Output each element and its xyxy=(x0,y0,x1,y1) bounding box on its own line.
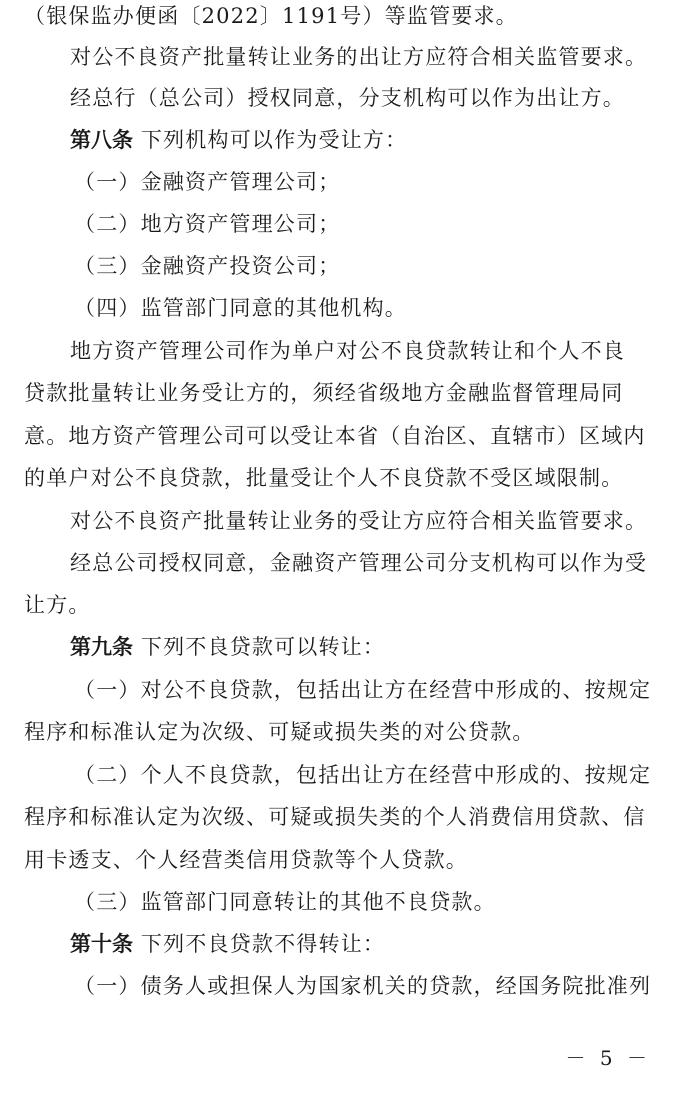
text-line: 对公不良资产批量转让业务的出让方应符合相关监管要求。 xyxy=(70,43,647,71)
text-line: （银保监办便函〔2022〕1191号）等监管要求。 xyxy=(24,2,518,30)
list-item: （一）债务人或担保人为国家机关的贷款，经国务院批准列 xyxy=(74,972,651,1000)
text-line: 意。地方资产管理公司可以受让本省（自治区、直辖市）区域内 xyxy=(24,422,646,450)
text-line: 经总公司授权同意，金融资产管理公司分支机构可以作为受 xyxy=(70,549,647,577)
list-item: （三）金融资产投资公司； xyxy=(74,252,340,280)
article-heading: 第八条 xyxy=(70,128,133,152)
article-text: 下列不良贷款不得转让： xyxy=(141,932,385,956)
list-item: （一）金融资产管理公司； xyxy=(74,168,340,196)
list-item: （一）对公不良贷款，包括出让方在经营中形成的、按规定 xyxy=(74,676,651,704)
article-9-line: 第九条 下列不良贷款可以转让： xyxy=(70,633,385,661)
text-line: 程序和标准认定为次级、可疑或损失类的个人消费信用贷款、信 xyxy=(24,803,646,831)
list-item: （三）监管部门同意转让的其他不良贷款。 xyxy=(74,888,496,916)
text-line: 经总行（总公司）授权同意，分支机构可以作为出让方。 xyxy=(70,84,625,112)
text-line: 对公不良资产批量转让业务的受让方应符合相关监管要求。 xyxy=(70,507,647,535)
text-line: 让方。 xyxy=(24,591,91,619)
page-number: － 5 － xyxy=(566,1042,651,1071)
article-8-line: 第八条 下列机构可以作为受让方： xyxy=(70,126,407,154)
article-10-line: 第十条 下列不良贷款不得转让： xyxy=(70,930,385,958)
text-line: 的单户对公不良贷款，批量受让个人不良贷款不受区域限制。 xyxy=(24,464,623,492)
list-item: （二）个人不良贷款，包括出让方在经营中形成的、按规定 xyxy=(74,761,651,789)
text-line: 地方资产管理公司作为单户对公不良贷款转让和个人不良 xyxy=(70,337,625,365)
article-text: 下列不良贷款可以转让： xyxy=(141,635,385,659)
text-line: 贷款批量转让业务受让方的，须经省级地方金融监督管理局同 xyxy=(24,379,623,407)
article-heading: 第九条 xyxy=(70,635,133,659)
text-line: 用卡透支、个人经营类信用贷款等个人贷款。 xyxy=(24,846,468,874)
list-item: （二）地方资产管理公司； xyxy=(74,210,340,238)
list-item: （四）监管部门同意的其他机构。 xyxy=(74,294,407,322)
article-heading: 第十条 xyxy=(70,932,133,956)
article-text: 下列机构可以作为受让方： xyxy=(141,128,407,152)
text-line: 程序和标准认定为次级、可疑或损失类的对公贷款。 xyxy=(24,718,535,746)
